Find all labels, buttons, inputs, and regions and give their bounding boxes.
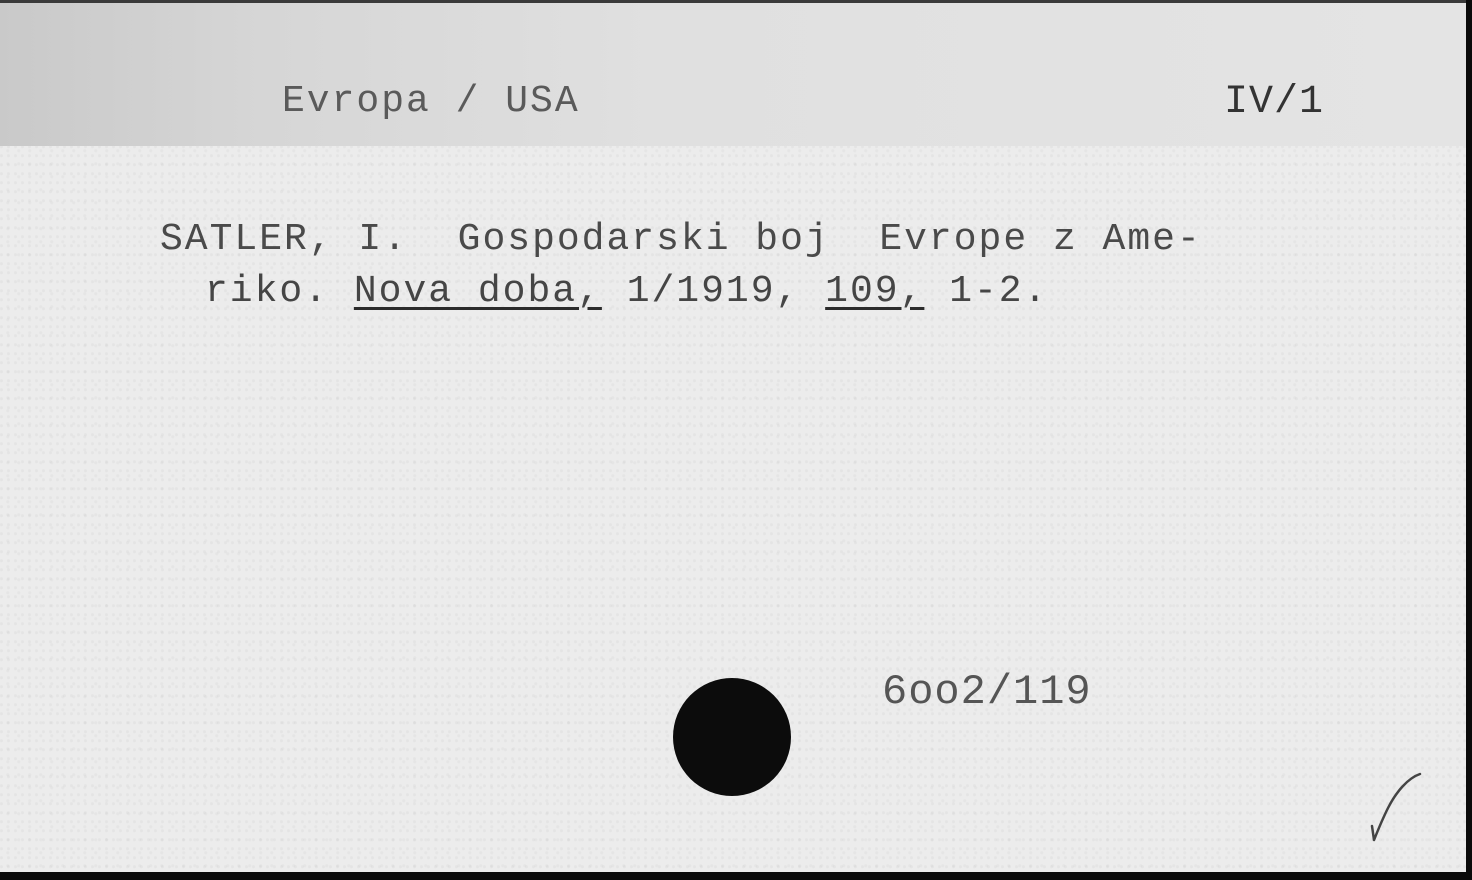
- card-top-edge: [0, 0, 1466, 3]
- shelf-number: 6oo2/119: [882, 668, 1092, 716]
- author: SATLER, I.: [160, 218, 408, 261]
- check-mark-icon: [1368, 768, 1428, 848]
- subject-heading: Evropa / USA: [282, 80, 580, 123]
- classification-mark: IV/1: [1224, 80, 1324, 125]
- issue-number: 109,: [825, 270, 924, 313]
- catalog-card: Evropa / USA IV/1 SATLER, I. Gospodarski…: [0, 0, 1466, 872]
- periodical-title: Nova doba,: [354, 270, 602, 313]
- entry-line-1: SATLER, I. Gospodarski boj Evrope z Ame-: [160, 218, 1202, 261]
- scan-border-right: [1466, 0, 1472, 880]
- entry-line-2: riko. Nova doba, 1/1919, 109, 1-2.: [205, 270, 1048, 313]
- title-part-2: riko.: [205, 270, 329, 313]
- publication-date: 1/1919,: [627, 270, 801, 313]
- punch-hole: [673, 678, 791, 796]
- scan-border-bottom: [0, 872, 1472, 880]
- title-part-1: Gospodarski boj Evrope z Ame-: [458, 218, 1202, 261]
- page-range: 1-2.: [949, 270, 1048, 313]
